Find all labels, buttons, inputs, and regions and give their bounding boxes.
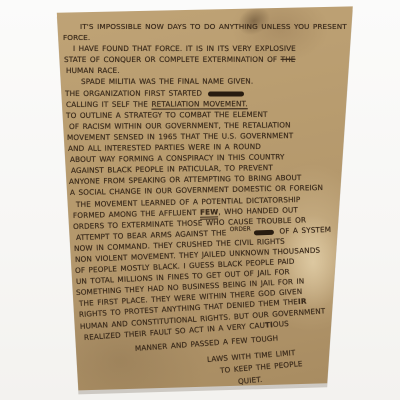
note-text-layer: IT'S IMPOSSIBLE NOW DAYS TO DO ANYTHING …: [62, 21, 348, 387]
note-text-segment: QUIET.: [238, 375, 263, 386]
photo-of-handwritten-note: IT'S IMPOSSIBLE NOW DAYS TO DO ANYTHING …: [0, 0, 400, 400]
note-text-segment: RETALIATION MOVEMENT.: [151, 99, 247, 108]
note-line: I HAVE FOUND THAT FORCE. IT IS IN ITS VE…: [73, 43, 348, 54]
note-text-segment: FORCE.: [62, 33, 89, 42]
note-text-segment: CALLING IT SELF THE: [65, 99, 150, 108]
note-line: SPADE MILITIA WAS THE FINAL NAME GIVEN.: [80, 76, 348, 88]
note-line: IT'S IMPOSSIBLE NOW DAYS TO DO ANYTHING …: [80, 21, 348, 32]
note-text-segment: SPADE MILITIA WAS THE FINAL NAME GIVEN.: [80, 77, 252, 86]
scribbled-out-word: [207, 91, 243, 96]
cardboard-note: IT'S IMPOSSIBLE NOW DAYS TO DO ANYTHING …: [0, 0, 400, 400]
note-text-segment: IT'S IMPOSSIBLE NOW DAYS TO DO ANYTHING …: [80, 22, 347, 31]
note-text-segment: ORDER: [229, 224, 251, 236]
note-text-segment: HUMAN RACE.: [66, 66, 120, 75]
note-text-segment: TO OUTLINE A STRATEGY TO COMBAT THE ELEM…: [66, 110, 268, 120]
note-text-segment: OUS: [273, 319, 290, 329]
note-text-segment: THE: [280, 55, 295, 64]
note-text-segment: THE ORGANIZATION FIRST STARTED: [65, 88, 206, 97]
note-text-segment: IR: [298, 297, 307, 306]
note-line: FORCE.: [62, 32, 348, 43]
note-text-segment: STATE OF CONQUER OR COMPLETE EXTERMINATI…: [63, 55, 280, 64]
note-line: THE ORGANIZATION FIRST STARTED: [65, 87, 348, 99]
scribbled-out-word: [253, 229, 273, 235]
note-text-segment: OF RACISM WITHIN OUR GOVERNMENT, THE RET…: [68, 120, 290, 131]
note-text-segment: I HAVE FOUND THAT FORCE. IT IS IN ITS VE…: [73, 44, 296, 53]
